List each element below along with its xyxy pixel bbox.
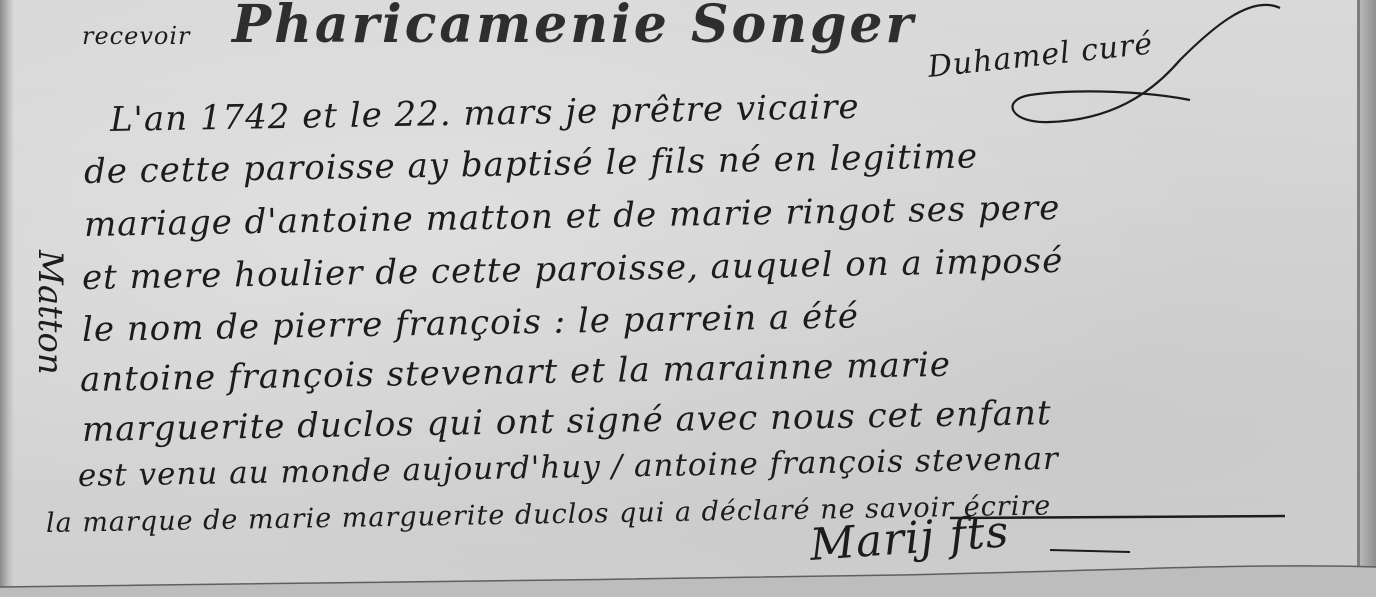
page-left-edge-shadow (0, 0, 14, 597)
signature-underline-icon (900, 500, 1300, 560)
header-title: Pharicamenie Songer (232, 0, 916, 55)
header-prefix: recevoir (82, 22, 190, 50)
signature-flourish-icon (990, 0, 1290, 140)
entry-line-1: L'an 1742 et le 22. mars je prêtre vicai… (110, 87, 860, 140)
entry-line-8: est venu au monde aujourd'huy / antoine … (78, 441, 1059, 494)
page-right-edge-shadow (1360, 0, 1376, 597)
entry-line-7: marguerite duclos qui ont signé avec nou… (82, 393, 1052, 450)
entry-line-6: antoine françois stevenart et la marainn… (80, 345, 952, 400)
manuscript-page: recevoir Pharicamenie Songer Duhamel cur… (0, 0, 1376, 597)
entry-line-2: de cette paroisse ay baptisé le fils né … (84, 136, 979, 192)
entry-line-4: et mere houlier de cette paroisse, auque… (82, 241, 1064, 298)
entry-line-5: le nom de pierre françois : le parrein a… (82, 296, 860, 350)
torn-page-edge-icon (0, 557, 1376, 597)
margin-note-surname: Matton (30, 250, 70, 375)
entry-line-3: mariage d'antoine matton et de marie rin… (84, 188, 1061, 245)
